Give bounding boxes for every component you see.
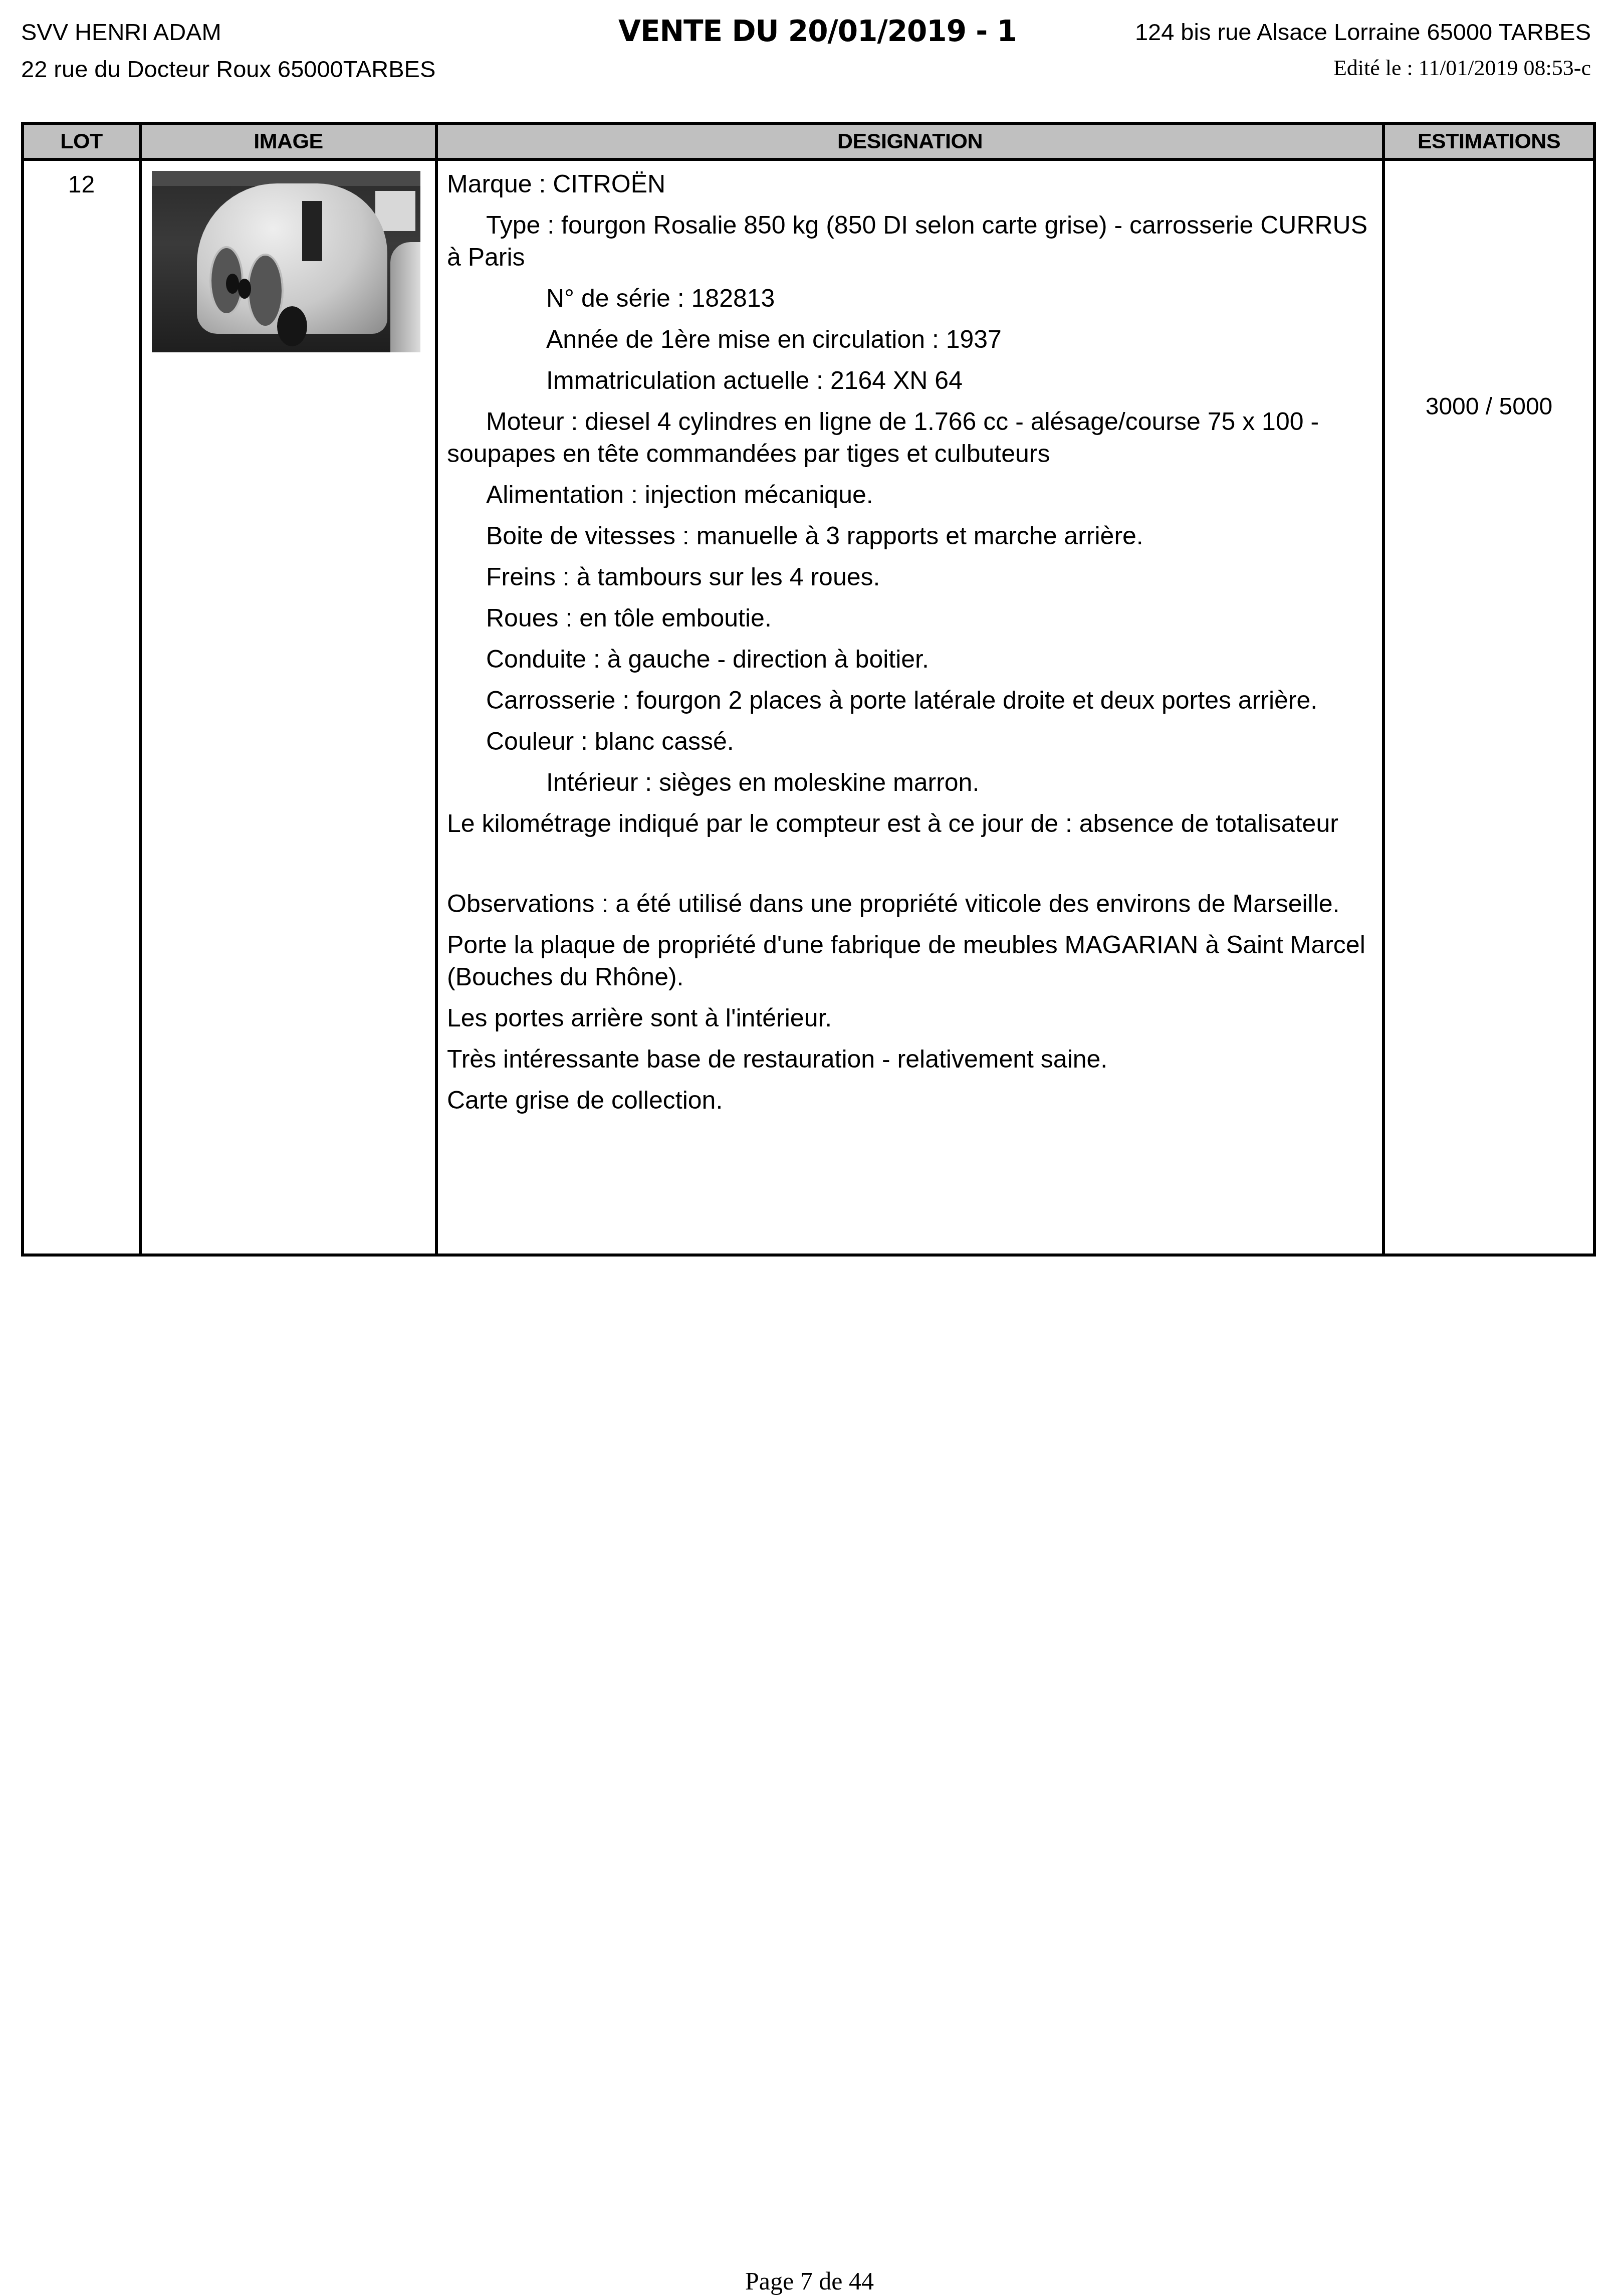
designation-brakes: Freins : à tambours sur les 4 roues. — [447, 561, 1374, 593]
lot-photo[interactable] — [152, 171, 420, 352]
designation-fuel: Alimentation : injection mécanique. — [447, 479, 1374, 511]
table-header-row: LOT IMAGE DESIGNATION ESTIMATIONS — [23, 123, 1594, 159]
photo-van-grille — [247, 254, 284, 328]
designation-spacer — [447, 849, 1374, 888]
designation-year: Année de 1ère mise en circulation : 1937 — [447, 323, 1374, 355]
estimation-cell: 3000 / 5000 — [1383, 159, 1594, 1255]
designation-restoration: Très intéressante base de restauration -… — [447, 1043, 1374, 1075]
designation-interior: Intérieur : sièges en moleskine marron. — [447, 766, 1374, 798]
photo-adjacent-car — [390, 242, 420, 352]
column-header-image: IMAGE — [140, 123, 436, 159]
designation-registration-doc: Carte grise de collection. — [447, 1084, 1374, 1116]
designation-serial: N° de série : 182813 — [447, 282, 1374, 314]
designation-steering: Conduite : à gauche - direction à boitie… — [447, 643, 1374, 675]
designation-cell: Marque : CITROËN Type : fourgon Rosalie … — [436, 159, 1383, 1255]
sale-title: VENTE DU 20/01/2019 - 1 — [618, 14, 1017, 48]
designation-engine: Moteur : diesel 4 cylindres en ligne de … — [447, 405, 1374, 470]
designation-observations: Observations : a été utilisé dans une pr… — [447, 888, 1374, 920]
photo-van-wheel — [277, 306, 307, 346]
estimation-value: 3000 / 5000 — [1385, 393, 1593, 421]
company-name: SVV HENRI ADAM — [21, 18, 221, 46]
designation-body: Carrosserie : fourgon 2 places à porte l… — [447, 684, 1374, 716]
column-header-estimations: ESTIMATIONS — [1383, 123, 1594, 159]
column-header-designation: DESIGNATION — [436, 123, 1383, 159]
page-number: Page 7 de 44 — [0, 2266, 1619, 2295]
image-cell — [140, 159, 436, 1255]
photo-van-door — [302, 201, 322, 261]
designation-registration: Immatriculation actuelle : 2164 XN 64 — [447, 364, 1374, 396]
column-header-lot: LOT — [23, 123, 140, 159]
designation-type: Type : fourgon Rosalie 850 kg (850 DI se… — [447, 209, 1374, 273]
designation-gearbox: Boite de vitesses : manuelle à 3 rapport… — [447, 520, 1374, 552]
designation-rear-doors: Les portes arrière sont à l'intérieur. — [447, 1002, 1374, 1034]
company-address: 22 rue du Docteur Roux 65000TARBES — [21, 55, 435, 83]
designation-marque: Marque : CITROËN — [447, 168, 1374, 200]
designation-mileage: Le kilométrage indiqué par le compteur e… — [447, 807, 1374, 840]
edited-date: Edité le : 11/01/2019 08:53-c — [1333, 55, 1591, 81]
designation-wheels: Roues : en tôle emboutie. — [447, 602, 1374, 634]
designation-color: Couleur : blanc cassé. — [447, 725, 1374, 757]
lot-number: 12 — [23, 159, 140, 1255]
venue-address: 124 bis rue Alsace Lorraine 65000 TARBES — [1135, 18, 1591, 46]
photo-van-headlight — [238, 279, 251, 299]
photo-van-headlight — [226, 274, 239, 294]
designation-plate: Porte la plaque de propriété d'une fabri… — [447, 929, 1374, 993]
lots-table: LOT IMAGE DESIGNATION ESTIMATIONS 12 — [21, 122, 1596, 1257]
table-row: 12 Marque : CITROËN Type : fourgon — [23, 159, 1594, 1255]
